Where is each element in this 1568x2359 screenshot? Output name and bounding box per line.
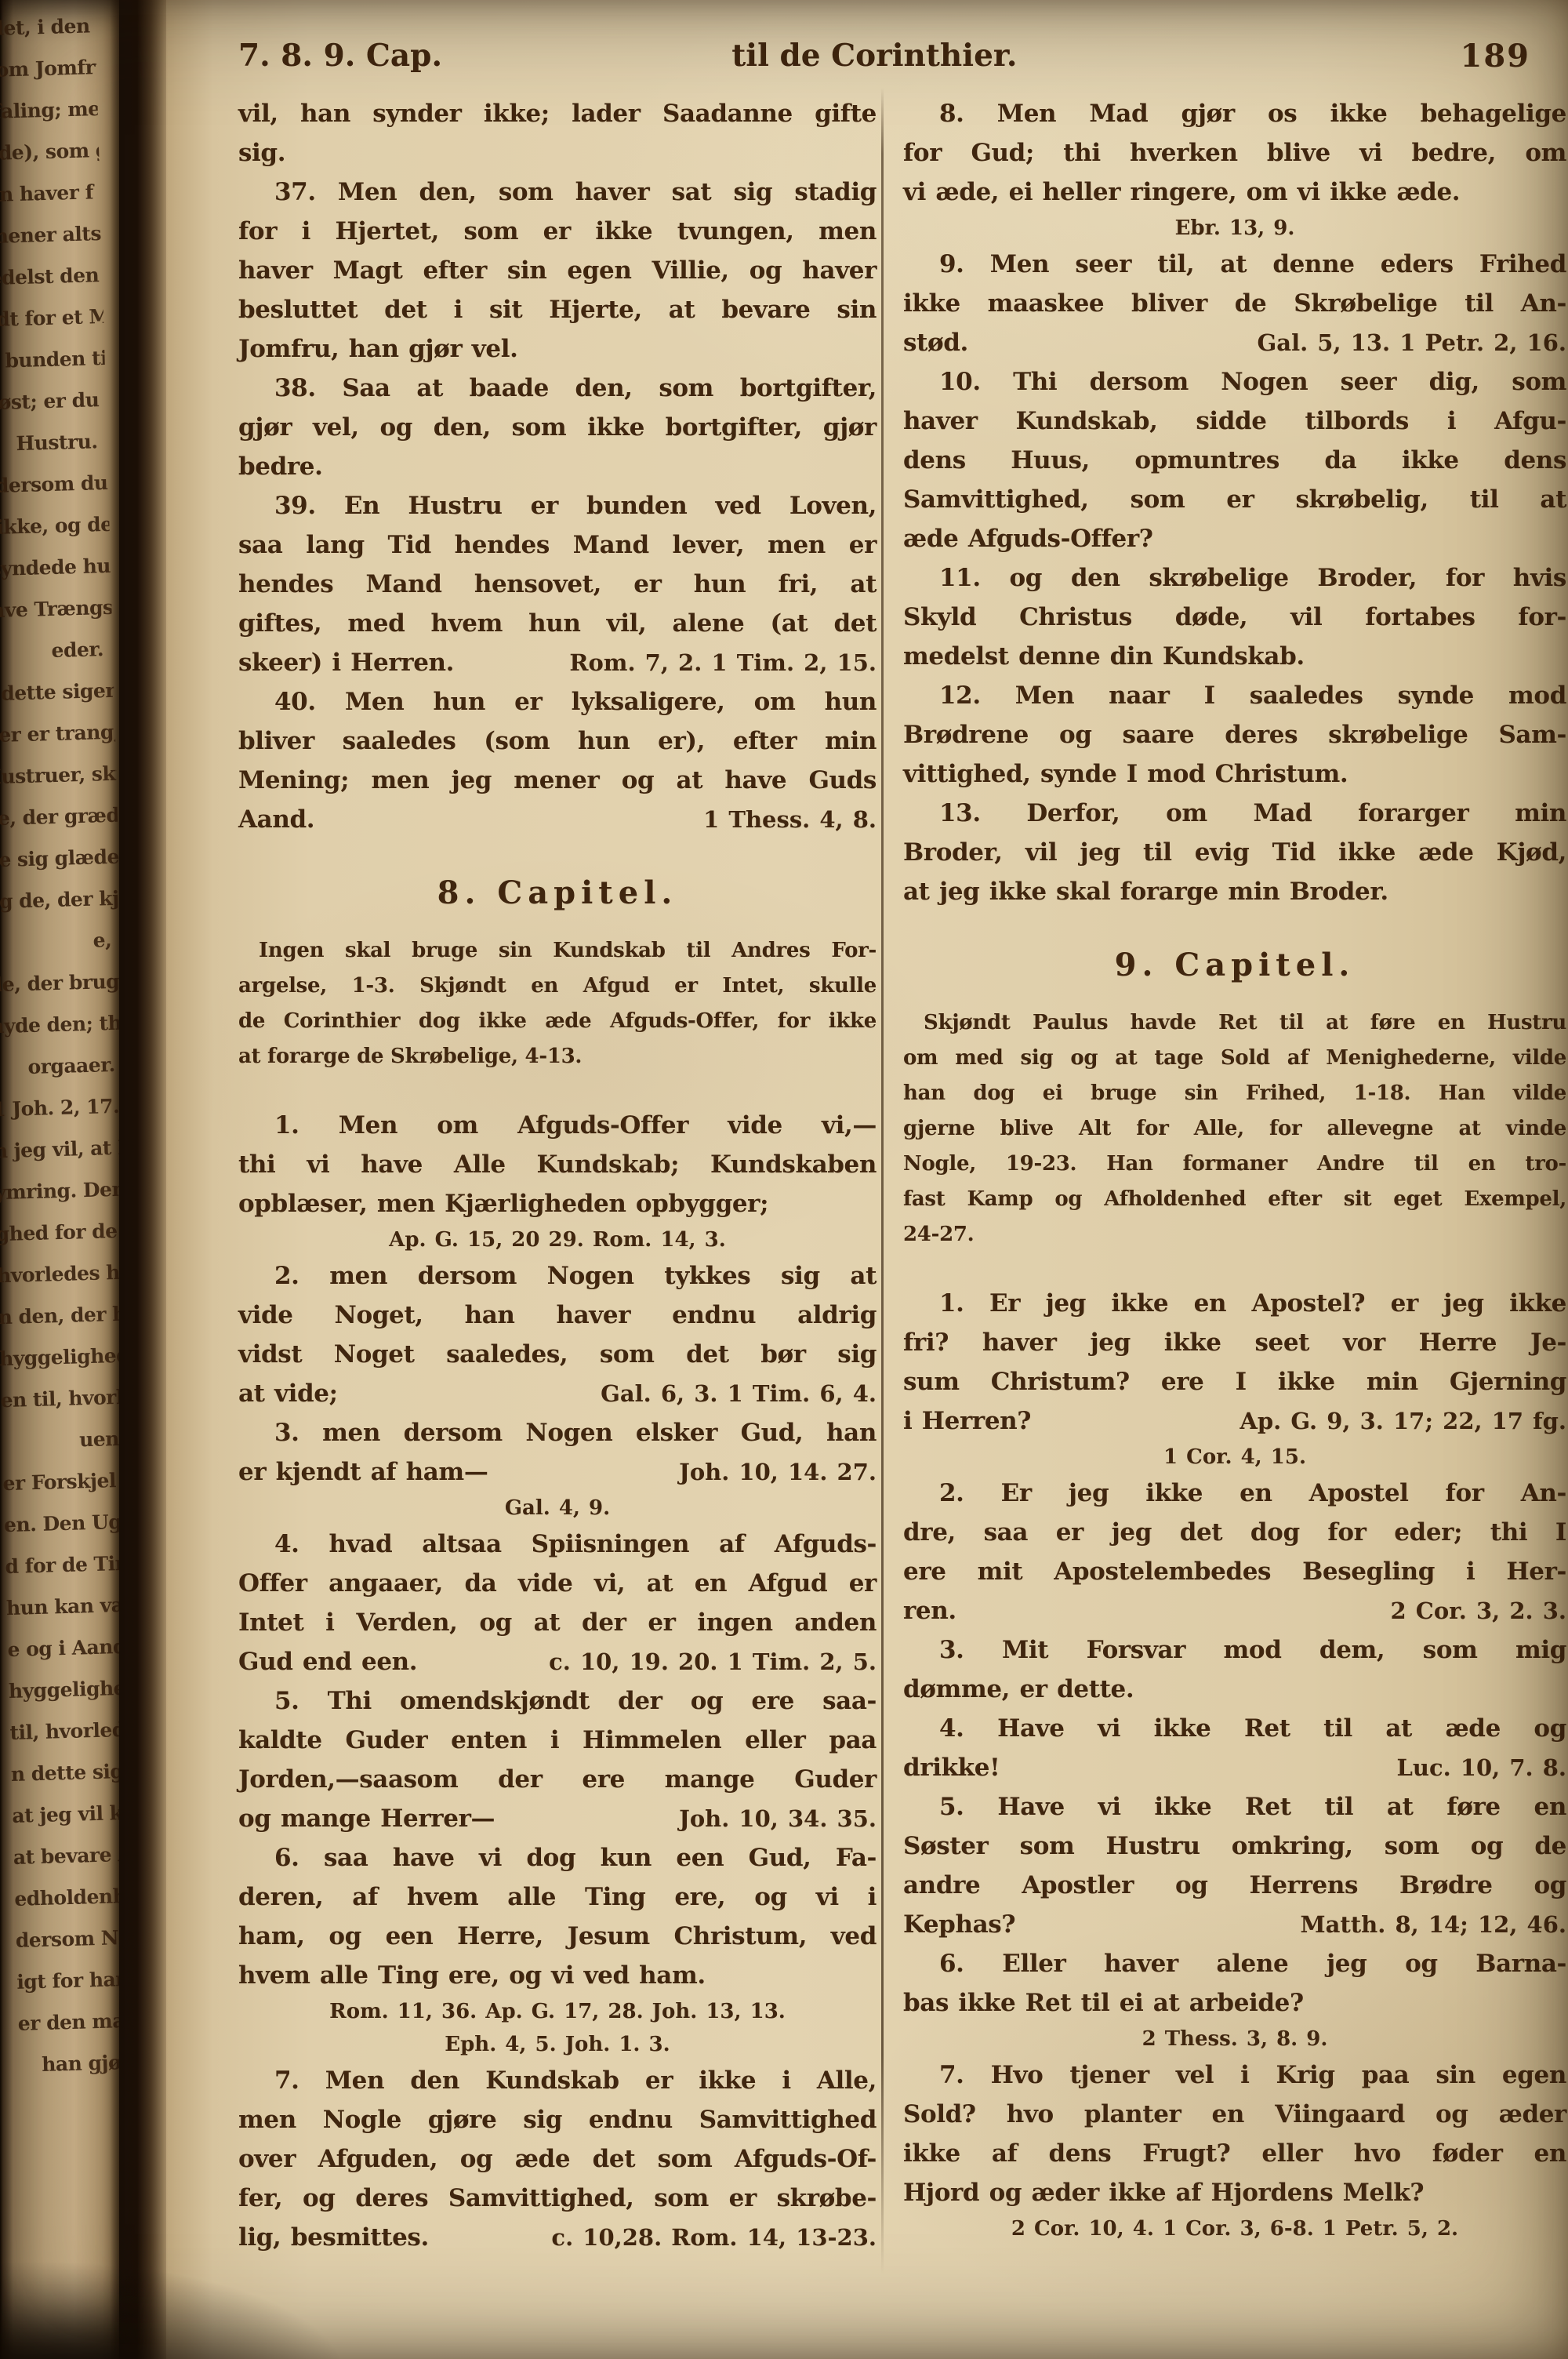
verse-line-with-ref: og mange Herrer—Joh. 10, 34. 35. bbox=[238, 1799, 877, 1838]
verse-line: 6. Eller haver alene jeg og Barna- bbox=[903, 1944, 1566, 1983]
reference-inline: Matth. 8, 14; 12, 46. bbox=[1301, 1905, 1567, 1944]
verse-line: Gud end een. bbox=[238, 1642, 417, 1681]
verse-line: 5. Thi omendskjøndt der og ere saa- bbox=[238, 1681, 877, 1721]
gutter-fragment: d for de Ting, so bbox=[5, 1542, 119, 1587]
running-head-title: til de Corinthier. bbox=[731, 38, 1017, 74]
verse-line: ikke maaskee bliver de Skrøbelige til An… bbox=[903, 284, 1566, 323]
gutter-fragment: eder. bbox=[0, 628, 114, 674]
verse-line: dens Huus, opmuntres da ikke dens bbox=[903, 441, 1566, 480]
gutter-fragment: fter er trang, saa bbox=[0, 711, 116, 757]
verse-line: 24-27. bbox=[903, 1217, 1566, 1252]
gutter-fragment: du bunden til e bbox=[0, 337, 105, 383]
verse-line-with-ref: at vide;Gal. 6, 3. 1 Tim. 6, 4. bbox=[238, 1374, 877, 1413]
gutter-fragment: dersom Nogen bbox=[15, 1916, 119, 1961]
verse-line: sig. bbox=[238, 133, 877, 173]
gutter-shadow bbox=[110, 0, 166, 2359]
verse-block: 3. men dersom Nogen elsker Gud, haner kj… bbox=[238, 1413, 877, 1525]
verse-line: 2. Er jeg ikke en Apostel for An- bbox=[903, 1474, 1566, 1513]
verse-line: fast Kamp og Afholdenhed efter sit eget … bbox=[903, 1182, 1566, 1217]
verse-line-with-ref: Kephas?Matth. 8, 14; 12, 46. bbox=[903, 1905, 1566, 1944]
gutter-fragment: hun kan være he bbox=[5, 1583, 119, 1629]
gutter-fragment: er den mandvox bbox=[17, 1999, 119, 2045]
verse-line: Samvittighed, som er skrøbelig, til at bbox=[903, 480, 1566, 519]
verse-line: 38. Saa at baade den, som bortgifter, bbox=[238, 369, 877, 408]
verse-line: saa lang Tid hendes Mand lever, men er bbox=[238, 525, 877, 565]
verse-block: 8. Men Mad gjør os ikke behageligefor Gu… bbox=[903, 94, 1566, 245]
verse-line: Jorden,—saasom der ere mange Guder bbox=[238, 1760, 877, 1799]
verse-block: 13. Derfor, om Mad forarger minBroder, v… bbox=[903, 794, 1566, 911]
reference-inline: Gal. 6, 3. 1 Tim. 6, 4. bbox=[601, 1374, 877, 1413]
verse-line: 13. Derfor, om Mad forarger min bbox=[903, 794, 1566, 833]
chapter-heading: 9. Capitel. bbox=[903, 946, 1566, 985]
verse-block: 39. En Hustru er bunden ved Loven,saa la… bbox=[238, 486, 877, 682]
gutter-fragment: g mener altsaa bbox=[0, 213, 102, 258]
verse-line: gjør vel, og den, som ikke bortgifter, g… bbox=[238, 408, 877, 447]
verse-line: 3. Mit Forsvar mod dem, som mig bbox=[903, 1630, 1566, 1670]
verse-line: stød. bbox=[903, 323, 968, 362]
gutter-fragment: , syndede hun ik bbox=[0, 545, 111, 591]
verse-line: vil, han synder ikke; lader Saadanne gif… bbox=[238, 94, 877, 133]
gutter-fragment: Befaling; men bbox=[0, 88, 98, 133]
verse-block: 40. Men hun er lyksaligere, om hunbliver… bbox=[238, 682, 877, 839]
verse-line: Skyld Christus døde, vil fortabes for- bbox=[903, 598, 1566, 637]
gutter-fragment: have Trængsel i K bbox=[0, 587, 112, 632]
verse-line: 1. Er jeg ikke en Apostel? er jeg ikke bbox=[903, 1284, 1566, 1323]
verse-block: 9. Men seer til, at denne eders Frihedik… bbox=[903, 245, 1566, 362]
chapter-heading: 8. Capitel. bbox=[238, 874, 877, 913]
column-right: 8. Men Mad gjør os ikke behageligefor Gu… bbox=[903, 94, 1566, 2245]
gutter-fragment: at bevare Anstæ bbox=[13, 1833, 119, 1878]
gutter-fragment: Hustruer, skulle være bbox=[0, 753, 117, 798]
book-page: 7. 8. 9. Cap. til de Corinthier. 189 vil… bbox=[138, 0, 1568, 2359]
verse-line: Nogle, 19-23. Han formaner Andre til en … bbox=[903, 1147, 1566, 1182]
verse-line: om med sig og at tage Sold af Menigheder… bbox=[903, 1041, 1566, 1076]
verse-block: 5. Have vi ikke Ret til at føre enSøster… bbox=[903, 1787, 1566, 1944]
verse-block: 6. saa have vi dog kun een Gud, Fa-deren… bbox=[238, 1838, 877, 2061]
verse-line: fri? haver jeg ikke seet vor Herre Je- bbox=[903, 1323, 1566, 1362]
verse-line: argelse, 1-3. Skjøndt en Afgud er Intet,… bbox=[238, 969, 877, 1004]
gutter-fragment: de, der græde, som bbox=[0, 794, 118, 840]
gutter-fragment: de, der bruge denn bbox=[0, 961, 119, 1006]
verse-line-with-ref: er kjendt af ham—Joh. 10, 14. 27. bbox=[238, 1452, 877, 1492]
gutter-fragment: e løst; er du lø bbox=[0, 379, 107, 424]
verse-line: 4. hvad altsaa Spiisningen af Afguds- bbox=[238, 1525, 877, 1564]
page-number: 189 bbox=[1461, 38, 1531, 75]
verse-line: Brødrene og saare deres skrøbelige Sam- bbox=[903, 715, 1566, 754]
gutter-fragment: han gjøre bbox=[19, 2041, 119, 2086]
reference-inline: Joh. 10, 14. 27. bbox=[679, 1452, 877, 1492]
gutter-fragment: uen. bbox=[1, 1417, 119, 1463]
verse-line: sum Christum? ere I ikke min Gjerning bbox=[903, 1362, 1566, 1401]
gutter-fragment: er Forskjel imellem bbox=[2, 1459, 119, 1504]
verse-line: 7. Hvo tjener vel i Krig paa sin egen bbox=[903, 2055, 1566, 2095]
verse-block: 12. Men naar I saaledes synde modBrødren… bbox=[903, 676, 1566, 794]
gutter-fragment: n dersom du og bbox=[0, 462, 109, 507]
verse-line-with-ref: lig, besmittes.c. 10,28. Rom. 14, 13-23. bbox=[238, 2218, 877, 2257]
gutter-fragment: Hustru. bbox=[0, 420, 107, 466]
verse-line: giftes, med hvem hun vil, alene (at det bbox=[238, 604, 877, 643]
gutter-fragment: medelst den nær bbox=[0, 254, 103, 300]
verse-line: drikke! bbox=[903, 1748, 1000, 1787]
verse-line: 6. saa have vi dog kun een Gud, Fa- bbox=[238, 1838, 877, 1877]
verse-line: ren. bbox=[903, 1591, 956, 1630]
verse-line: Søster som Hustru omkring, som og de bbox=[903, 1826, 1566, 1866]
reference-inline: Ap. G. 9, 3. 17; 22, 17 fg. bbox=[1240, 1401, 1566, 1441]
verse-line: 7. Men den Kundskab er ikke i Alle, bbox=[238, 2061, 877, 2100]
verse-line: Intet i Verden, og at der er ingen anden bbox=[238, 1603, 877, 1642]
verse-line: Ingen skal bruge sin Kundskab til Andres… bbox=[238, 933, 877, 969]
gutter-fragment: orgaaer. bbox=[0, 1044, 119, 1089]
verse-line-with-ref: Gud end een.c. 10, 19. 20. 1 Tim. 2, 5. bbox=[238, 1642, 877, 1681]
verse-line: thi vi have Alle Kundskab; Kundskaben bbox=[238, 1145, 877, 1184]
verse-line: gjerne blive Alt for Alle, for allevegne… bbox=[903, 1111, 1566, 1147]
reference-line: Ap. G. 15, 20 29. Rom. 14, 3. bbox=[238, 1223, 877, 1256]
verse-block: 10. Thi dersom Nogen seer dig, somhaver … bbox=[903, 362, 1566, 558]
reference-line: 2 Cor. 10, 4. 1 Cor. 3, 6-8. 1 Petr. 5, … bbox=[903, 2212, 1566, 2245]
verse-line-with-ref: drikke!Luc. 10, 7. 8. bbox=[903, 1748, 1566, 1787]
verse-line: 11. og den skrøbelige Broder, for hvis bbox=[903, 558, 1566, 598]
gutter-fragment: taldet, i den bbox=[0, 5, 96, 50]
gutter-fragment: at jeg vil kaste bbox=[12, 1791, 119, 1837]
verse-line: er kjendt af ham— bbox=[238, 1452, 488, 1492]
verse-line: 5. Have vi ikke Ret til at føre en bbox=[903, 1787, 1566, 1826]
verse-line: for i Hjertet, som er ikke tvungen, men bbox=[238, 212, 877, 251]
book-photo: { "colors":{"paper":"#e0cfab","ink":"#40… bbox=[0, 0, 1568, 2359]
gutter-fragment: til, hvorledes hu bbox=[9, 1708, 119, 1754]
summary-block: Skjøndt Paulus havde Ret til at føre en … bbox=[903, 1005, 1566, 1252]
gutter-fragment: de sig glæde, som bbox=[0, 836, 119, 881]
verse-block: 5. Thi omendskjøndt der og ere saa-kaldt… bbox=[238, 1681, 877, 1838]
gutter-fragment: n dette siger jeg bbox=[10, 1750, 119, 1795]
verse-line: ham, og een Herre, Jesum Christum, ved bbox=[238, 1917, 877, 1956]
verse-line-with-ref: ren.2 Cor. 3, 2. 3. bbox=[903, 1591, 1566, 1630]
verse-line: hvem alle Ting ere, og vi ved ham. bbox=[238, 1956, 877, 1995]
reference-inline: Joh. 10, 34. 35. bbox=[679, 1799, 877, 1838]
verse-line-with-ref: stød.Gal. 5, 13. 1 Petr. 2, 16. bbox=[903, 323, 1566, 362]
verse-block: 2. men dersom Nogen tykkes sig atvide No… bbox=[238, 1256, 877, 1413]
verse-line: 40. Men hun er lyksaligere, om hun bbox=[238, 682, 877, 722]
verse-line: kaldte Guder enten i Himmelen eller paa bbox=[238, 1721, 877, 1760]
verse-line: haver Kundskab, sidde tilbords i Afgu- bbox=[903, 402, 1566, 441]
verse-line-with-ref: Aand.1 Thess. 4, 8. bbox=[238, 800, 877, 839]
reference-line: 1 Cor. 4, 15. bbox=[903, 1441, 1566, 1474]
verse-line: 8. Men Mad gjør os ikke behagelige bbox=[903, 94, 1566, 133]
verse-block: 4. Have vi ikke Ret til at æde ogdrikke!… bbox=[903, 1709, 1566, 1787]
previous-page-edge: taldet, i denen om JomfruerBefaling; men… bbox=[0, 0, 119, 2359]
reference-inline: 2 Cor. 3, 2. 3. bbox=[1390, 1591, 1566, 1630]
gutter-fragment: 1 Joh. 2, 17. bbox=[0, 1085, 119, 1131]
verse-line: at vide; bbox=[238, 1374, 338, 1413]
verse-block: 37. Men den, som haver sat sig stadigfor… bbox=[238, 173, 877, 369]
verse-line: vi æde, ei heller ringere, om vi ikke æd… bbox=[903, 173, 1566, 212]
verse-line: vittighed, synde I mod Christum. bbox=[903, 754, 1566, 794]
gutter-fragment: u ikke, og dersom bbox=[0, 503, 110, 549]
gutter-fragment: e, bbox=[0, 919, 119, 965]
gutter-fragment: igt for hans Jom bbox=[16, 1957, 119, 2003]
verse-line: over Afguden, og æde det som Afguds-Of- bbox=[238, 2139, 877, 2179]
verse-line: andre Apostler og Herrens Brødre og bbox=[903, 1866, 1566, 1905]
verse-line: bliver saaledes (som hun er), efter min bbox=[238, 722, 877, 761]
gutter-fragment: jende), som gj bbox=[0, 129, 100, 175]
gutter-fragment: og de, der kjøbe, so bbox=[0, 878, 119, 923]
verse-line: Hjord og æder ikke af Hjordens Melk? bbox=[903, 2173, 1566, 2212]
gutter-fragment: godt for et Me bbox=[0, 296, 104, 341]
verse-block: 6. Eller haver alene jeg og Barna-bas ik… bbox=[903, 1944, 1566, 2055]
verse-line: 2. men dersom Nogen tykkes sig at bbox=[238, 1256, 877, 1296]
verse-line: 37. Men den, som haver sat sig stadig bbox=[238, 173, 877, 212]
verse-line: at forarge de Skrøbelige, 4-13. bbox=[238, 1039, 877, 1074]
verse-line: Mening; men jeg mener og at have Guds bbox=[238, 761, 877, 800]
verse-line: Skjøndt Paulus havde Ret til at føre en … bbox=[903, 1005, 1566, 1041]
verse-line: 4. Have vi ikke Ret til at æde og bbox=[903, 1709, 1566, 1748]
verse-line: ikke af dens Frugt? eller hvo føder en bbox=[903, 2134, 1566, 2173]
column-left: vil, han synder ikke; lader Saadanne gif… bbox=[238, 94, 877, 2257]
reference-inline: c. 10, 19. 20. 1 Tim. 2, 5. bbox=[549, 1642, 877, 1681]
verse-line: Offer angaaer, da vide vi, at en Afgud e… bbox=[238, 1564, 877, 1603]
gutter-fragment: en til, hvorledes bbox=[0, 1376, 119, 1421]
reference-inline: 1 Thess. 4, 8. bbox=[703, 800, 877, 839]
verse-line: bas ikke Ret til ei at arbeide? bbox=[903, 1983, 1566, 2023]
reference-line: Ebr. 13, 9. bbox=[903, 212, 1566, 245]
verse-line: lig, besmittes. bbox=[238, 2218, 429, 2257]
gutter-fragment: igen haver f bbox=[0, 171, 100, 216]
reference-inline: c. 10,28. Rom. 14, 13-23. bbox=[551, 2218, 877, 2257]
verse-line: vidst Noget saaledes, som det bør sig bbox=[238, 1335, 877, 1374]
gutter-fragment: en om Jomfruer bbox=[0, 46, 97, 92]
verse-line: medelst denne din Kundskab. bbox=[903, 637, 1566, 676]
verse-line: 1. Men om Afguds-Offer vide vi,— bbox=[238, 1106, 877, 1145]
verse-line: dre, saa er jeg det dog for eder; thi I bbox=[903, 1513, 1566, 1552]
verse-line: besluttet det i sit Hjerte, at bevare si… bbox=[238, 290, 877, 329]
reference-inline: Rom. 7, 2. 1 Tim. 2, 15. bbox=[569, 643, 877, 682]
verse-line-with-ref: skeer) i Herren.Rom. 7, 2. 1 Tim. 2, 15. bbox=[238, 643, 877, 682]
verse-line: dømme, er dette. bbox=[903, 1670, 1566, 1709]
verse-line: Jomfru, han gjør vel. bbox=[238, 329, 877, 369]
verse-block: 7. Hvo tjener vel i Krig paa sin egenSol… bbox=[903, 2055, 1566, 2245]
verse-line: skeer) i Herren. bbox=[238, 643, 454, 682]
verse-block: 2. Er jeg ikke en Apostel for An-dre, sa… bbox=[903, 1474, 1566, 1630]
verse-block: 38. Saa at baade den, som bortgifter,gjø… bbox=[238, 369, 877, 486]
reference-inline: Gal. 5, 13. 1 Petr. 2, 16. bbox=[1258, 323, 1566, 362]
verse-line: 9. Men seer til, at denne eders Frihed bbox=[903, 245, 1566, 284]
verse-line: deren, af hvem alle Ting ere, og vi i bbox=[238, 1877, 877, 1917]
gutter-fragment: nyde den; thi denn bbox=[0, 1002, 119, 1048]
verse-line: fer, og deres Samvittighed, som er skrøb… bbox=[238, 2179, 877, 2218]
verse-line: haver Magt efter sin egen Villie, og hav… bbox=[238, 251, 877, 290]
verse-line: for Gud; thi hverken blive vi bedre, om bbox=[903, 133, 1566, 173]
gutter-fragment: hvorledes han bbox=[0, 1252, 119, 1297]
gutter-fragment: n dette siger jeg bbox=[0, 670, 114, 715]
reference-line: Eph. 4, 5. Joh. 1. 3. bbox=[238, 2028, 877, 2061]
verse-line: at jeg ikke skal forarge min Broder. bbox=[903, 872, 1566, 911]
gutter-fragment: ghed for de Ting bbox=[0, 1210, 119, 1256]
gutter-fragment: edholdenhed ved bbox=[14, 1874, 119, 1920]
verse-block: vil, han synder ikke; lader Saadanne gif… bbox=[238, 94, 877, 173]
verse-block: 7. Men den Kundskab er ikke i Alle,men N… bbox=[238, 2061, 877, 2257]
verse-line: vide Noget, han haver endnu aldrig bbox=[238, 1296, 877, 1335]
verse-line: Broder, vil jeg til evig Tid ikke æde Kj… bbox=[903, 833, 1566, 872]
gutter-fragment: hyggelighed for d bbox=[8, 1667, 119, 1712]
verse-block: 1. Er jeg ikke en Apostel? er jeg ikkefr… bbox=[903, 1284, 1566, 1474]
gutter-fragment: n jeg vil, at I bbox=[0, 1127, 119, 1172]
gutter-fragment: en. Den Ugifte bbox=[3, 1500, 119, 1546]
reference-line: Rom. 11, 36. Ap. G. 17, 28. Joh. 13, 13. bbox=[238, 1995, 877, 2028]
verse-line: opblæser, men Kjærligheden opbygger; bbox=[238, 1184, 877, 1223]
verse-line: men Nogle gjøre sig endnu Samvittighed bbox=[238, 2100, 877, 2139]
gutter-fragment: ymring. Den Ug bbox=[0, 1169, 119, 1214]
verse-line: 10. Thi dersom Nogen seer dig, som bbox=[903, 362, 1566, 402]
verse-block: 4. hvad altsaa Spiisningen af Afguds-Off… bbox=[238, 1525, 877, 1681]
verse-line: han dog ei bruge sin Frihed, 1-18. Han v… bbox=[903, 1076, 1566, 1111]
verse-line: 12. Men naar I saaledes synde mod bbox=[903, 676, 1566, 715]
previous-page-text-fragments: taldet, i denen om JomfruerBefaling; men… bbox=[0, 5, 119, 2086]
verse-line: Kephas? bbox=[903, 1905, 1015, 1944]
running-head-chapters: 7. 8. 9. Cap. bbox=[238, 38, 442, 74]
summary-block: Ingen skal bruge sin Kundskab til Andres… bbox=[238, 933, 877, 1074]
reference-inline: Luc. 10, 7. 8. bbox=[1396, 1748, 1566, 1787]
gutter-fragment: n den, der haver bbox=[0, 1293, 119, 1339]
verse-block: 1. Men om Afguds-Offer vide vi,—thi vi h… bbox=[238, 1106, 877, 1256]
verse-line: Aand. bbox=[238, 800, 314, 839]
verse-line: 3. men dersom Nogen elsker Gud, han bbox=[238, 1413, 877, 1452]
verse-line: hendes Mand hensovet, er hun fri, at bbox=[238, 565, 877, 604]
verse-line: i Herren? bbox=[903, 1401, 1031, 1441]
verse-line: æde Afguds-Offer? bbox=[903, 519, 1566, 558]
verse-block: 3. Mit Forsvar mod dem, som migdømme, er… bbox=[903, 1630, 1566, 1709]
verse-block: 11. og den skrøbelige Broder, for hvisSk… bbox=[903, 558, 1566, 676]
verse-line: Sold? hvo planter en Viingaard og æder bbox=[903, 2095, 1566, 2134]
verse-line-with-ref: i Herren?Ap. G. 9, 3. 17; 22, 17 fg. bbox=[903, 1401, 1566, 1441]
verse-line: ere mit Apostelembedes Besegling i Her- bbox=[903, 1552, 1566, 1591]
column-rule bbox=[881, 88, 884, 2274]
gutter-fragment: hyggelighed for d bbox=[0, 1334, 119, 1379]
reference-line: Gal. 4, 9. bbox=[238, 1492, 877, 1525]
gutter-fragment: e og i Aand; men bbox=[7, 1625, 119, 1670]
verse-line: de Corinthier dog ikke æde Afguds-Offer,… bbox=[238, 1004, 877, 1039]
verse-line: og mange Herrer— bbox=[238, 1799, 495, 1838]
verse-line: bedre. bbox=[238, 447, 877, 486]
reference-line: 2 Thess. 3, 8. 9. bbox=[903, 2023, 1566, 2055]
verse-line: 39. En Hustru er bunden ved Loven, bbox=[238, 486, 877, 525]
